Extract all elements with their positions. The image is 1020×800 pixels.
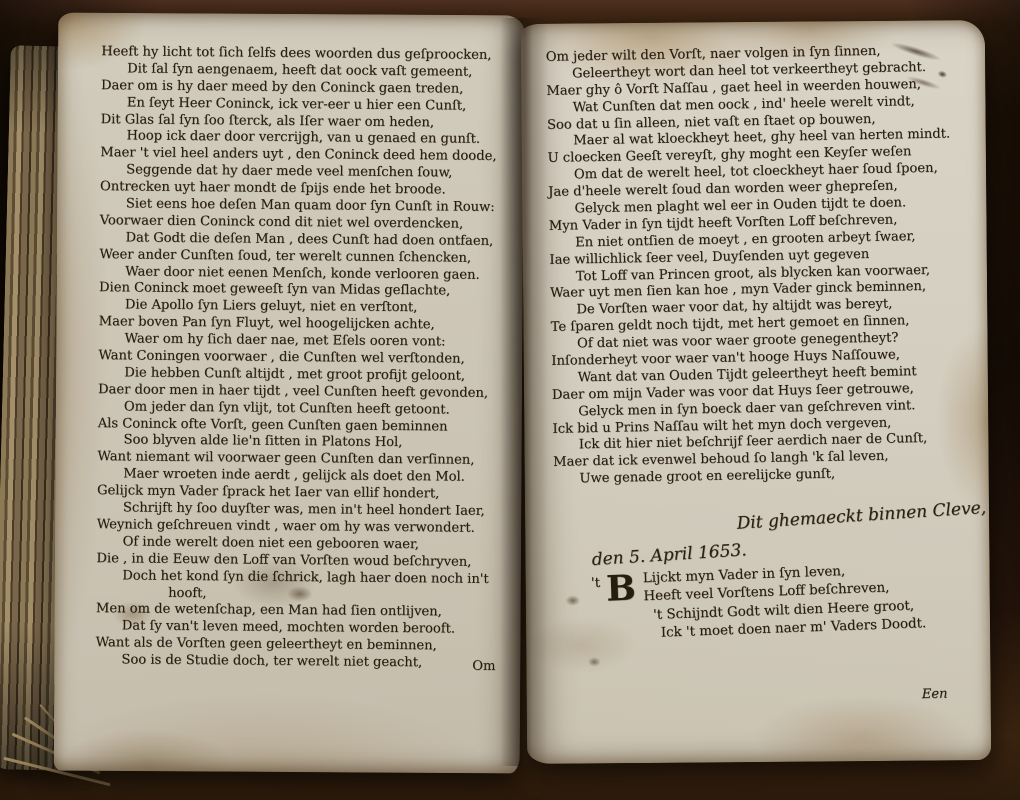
quatrain-lines: Lijckt myn Vader in ſyn leven,Heeft veel… bbox=[643, 560, 933, 644]
right-page-text: Om jeder wilt den Vorſt, naer volgen in … bbox=[546, 42, 985, 756]
verse-line: Soo is de Studie doch, ter werelt niet g… bbox=[95, 652, 507, 673]
catchword: Een bbox=[922, 687, 948, 704]
book-photograph: Heeft hy licht tot ſich ſelfs dees woord… bbox=[0, 0, 1020, 800]
right-verse-lines: Om jeder wilt den Vorſt, naer volgen in … bbox=[546, 42, 980, 489]
left-verse-lines: Heeft hy licht tot ſich ſelfs dees woord… bbox=[95, 44, 513, 673]
catchword: Om bbox=[472, 659, 495, 676]
quatrain-lead-apostrophe: 't bbox=[591, 575, 601, 592]
quatrain-drop-cap: B bbox=[606, 572, 637, 606]
right-page: Om jeder wilt den Vorſt, naer volgen in … bbox=[521, 20, 991, 764]
left-page: Heeft hy licht tot ſich ſelfs dees woord… bbox=[54, 13, 525, 774]
left-page-text: Heeft hy licht tot ſich ſelfs dees woord… bbox=[95, 44, 514, 764]
closing-quatrain: 't B Lijckt myn Vader in ſyn leven,Heeft… bbox=[591, 560, 933, 646]
